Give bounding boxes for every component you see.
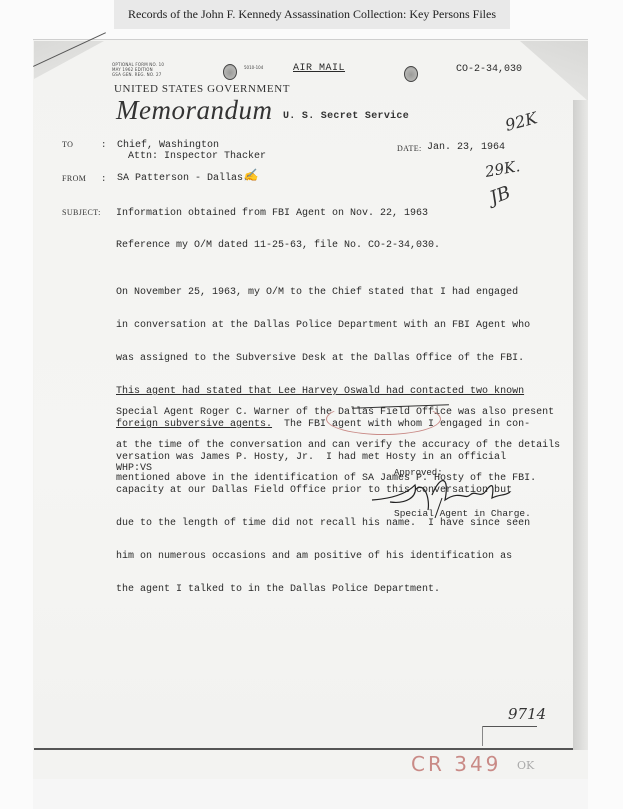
- corner-mark: [482, 726, 537, 727]
- subject-label: SUBJECT:: [62, 208, 101, 217]
- red-stamp: CR 349: [411, 752, 501, 776]
- file-number: CO-2-34,030: [456, 64, 522, 75]
- to-attn: Attn: Inspector Thacker: [128, 151, 266, 162]
- reference-line: Reference my O/M dated 11-25-63, file No…: [116, 240, 440, 251]
- page-edge-shadow: [573, 100, 588, 750]
- agency-name: U. S. Secret Service: [283, 111, 409, 122]
- punch-hole-icon: [404, 66, 418, 82]
- date-label: DATE:: [397, 144, 422, 153]
- subject-value: Information obtained from FBI Agent on N…: [116, 208, 428, 219]
- government-heading: UNITED STATES GOVERNMENT: [114, 83, 290, 95]
- page-number: 9714: [508, 705, 546, 723]
- signature-title: Special Agent in Charge.: [394, 508, 531, 519]
- paragraph-line: him on numerous occasions and am positiv…: [116, 551, 530, 562]
- ok-mark: OK: [517, 759, 534, 772]
- memo-title: Memorandum: [116, 95, 272, 126]
- to-colon: :: [101, 140, 106, 150]
- from-initials-scribble: ✍: [243, 168, 258, 182]
- paragraph-line: at the time of the conversation and can …: [116, 440, 560, 451]
- collection-header: Records of the John F. Kennedy Assassina…: [114, 0, 510, 29]
- to-label: TO: [62, 140, 73, 149]
- date-value: Jan. 23, 1964: [427, 142, 505, 153]
- from-value: SA Patterson - Dallas: [117, 173, 243, 184]
- to-value: Chief, Washington: [117, 140, 219, 151]
- backing-lower: [33, 779, 588, 809]
- corner-mark-vertical: [482, 726, 483, 746]
- form-info: OPTIONAL FORM NO. 10 MAY 1962 EDITION GS…: [112, 62, 164, 77]
- from-label: FROM: [62, 174, 86, 183]
- paragraph-line: was assigned to the Subversive Desk at t…: [116, 353, 530, 364]
- red-circle-annotation: [326, 403, 441, 435]
- form-code: 5010-104: [244, 65, 263, 70]
- typist-initials: WHP:VS: [116, 463, 152, 474]
- form-info-line: GSA GEN. REG. NO. 27: [112, 72, 164, 77]
- paragraph-line: the agent I talked to in the Dallas Poli…: [116, 584, 530, 595]
- paragraph-line: in conversation at the Dallas Police Dep…: [116, 320, 530, 331]
- paragraph-line: On November 25, 1963, my O/M to the Chie…: [116, 287, 530, 298]
- from-colon: :: [101, 174, 106, 184]
- punch-hole-icon: [223, 64, 237, 80]
- delivery-method: AIR MAIL: [293, 63, 345, 74]
